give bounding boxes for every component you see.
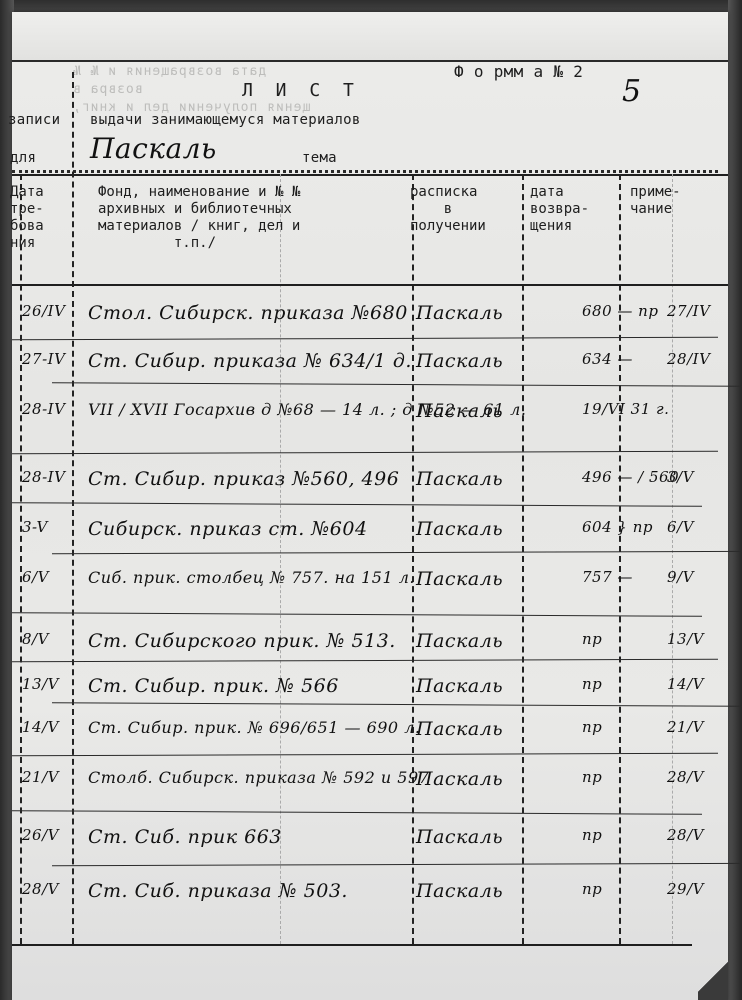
cell-return-date: пр bbox=[582, 675, 602, 693]
cell-item: Ст. Сибир. приказ №560, 496 bbox=[88, 468, 399, 490]
column-header-item: Фонд, наименование и № № архивных и библ… bbox=[98, 184, 300, 252]
topic-label: тема bbox=[302, 150, 337, 166]
for-label: для bbox=[10, 150, 36, 166]
cell-return-date: пр bbox=[582, 630, 602, 648]
cell-item: Столб. Сибирск. приказа № 592 и 597 bbox=[88, 768, 429, 787]
cell-date: 3-V bbox=[22, 518, 48, 536]
bleed-through-text: дата возвращения и № № bbox=[72, 64, 266, 79]
cell-date: 14/V bbox=[22, 718, 59, 736]
row-separator bbox=[52, 863, 742, 866]
cell-note: 21/V bbox=[667, 718, 704, 736]
cell-return-date: 496 — / 560 bbox=[582, 468, 679, 486]
cell-receipt: Паскаль bbox=[416, 768, 503, 790]
cell-item: Ст. Сибир. прик. № 696/651 — 690 л. bbox=[88, 718, 420, 737]
form-number-label: Ф о рмм а № 2 bbox=[454, 62, 583, 81]
cell-receipt: Паскаль bbox=[416, 826, 503, 848]
cell-receipt: Паскаль bbox=[416, 630, 503, 652]
cell-receipt: Паскаль bbox=[416, 468, 503, 490]
cell-item: Ст. Сибир. приказа № 634/1 д. bbox=[88, 350, 412, 372]
cell-note: 28/V bbox=[667, 826, 704, 844]
cell-receipt: Паскаль bbox=[416, 718, 503, 740]
cell-item: Стол. Сибирск. приказа №680 bbox=[88, 302, 408, 324]
cell-note: 9/V bbox=[667, 568, 694, 586]
row-separator bbox=[12, 337, 718, 340]
cell-note: 13/V bbox=[667, 630, 704, 648]
name-dotted-line bbox=[12, 170, 718, 173]
cell-date: 26/V bbox=[22, 826, 59, 844]
cell-return-date: пр bbox=[582, 718, 602, 736]
cell-return-date: 604 } пр bbox=[582, 518, 653, 536]
row-separator bbox=[12, 810, 702, 815]
cell-return-date: пр bbox=[582, 768, 602, 786]
cell-receipt: Паскаль bbox=[416, 675, 503, 697]
cell-date: 13/V bbox=[22, 675, 59, 693]
cell-item: Ст. Сиб. приказа № 503. bbox=[88, 880, 348, 902]
column-divider bbox=[522, 174, 524, 944]
column-divider bbox=[72, 72, 74, 944]
cell-return-date: 634 — bbox=[582, 350, 633, 368]
cell-note: 28/V bbox=[667, 768, 704, 786]
column-header-receipt: расписка в получении bbox=[410, 184, 486, 235]
document-sheet: дата возвращения и № № возвра в щения по… bbox=[12, 12, 728, 1000]
cell-receipt: Паскаль bbox=[416, 518, 503, 540]
cell-note: 3/V bbox=[667, 468, 694, 486]
column-divider bbox=[412, 174, 414, 944]
cell-receipt: Паскаль bbox=[416, 568, 503, 590]
row-separator bbox=[12, 753, 718, 756]
cell-return-date: пр bbox=[582, 880, 602, 898]
cell-note: 6/V bbox=[667, 518, 694, 536]
row-separator bbox=[12, 451, 718, 454]
cell-receipt: Паскаль bbox=[416, 302, 503, 324]
cell-date: 28/V bbox=[22, 880, 59, 898]
cell-return-date: пр bbox=[582, 826, 602, 844]
sheet-top-fold bbox=[12, 12, 728, 62]
table-bottom-rule bbox=[12, 944, 692, 946]
cell-note: 29/V bbox=[667, 880, 704, 898]
cell-item: Ст. Сибирского прик. № 513. bbox=[88, 630, 396, 652]
column-header-return-date: дата возвра- щения bbox=[530, 184, 589, 235]
cell-date: 28-IV bbox=[22, 468, 65, 486]
bleed-through-text: возвра в bbox=[72, 82, 143, 97]
column-divider bbox=[619, 174, 621, 944]
cell-item: Ст. Сиб. прик 663 bbox=[88, 826, 282, 848]
cell-date: 21/V bbox=[22, 768, 59, 786]
row-separator bbox=[52, 382, 742, 387]
cell-item: Сиб. прик. столбец № 757. на 151 л. bbox=[88, 568, 415, 587]
row-separator bbox=[12, 612, 702, 617]
cell-item: Ст. Сибир. прик. № 566 bbox=[88, 675, 339, 697]
cell-note: 28/IV bbox=[667, 350, 710, 368]
table-header-rule bbox=[12, 284, 728, 286]
row-separator bbox=[52, 702, 742, 707]
cell-receipt: Паскаль bbox=[416, 400, 503, 422]
sheet-number-handwritten: 5 bbox=[622, 74, 642, 109]
cell-date: 27-IV bbox=[22, 350, 65, 368]
cell-note: 27/IV bbox=[667, 302, 710, 320]
cell-receipt: Паскаль bbox=[416, 350, 503, 372]
row-separator bbox=[52, 551, 742, 554]
cell-return-date: 19/VI 31 г. bbox=[582, 400, 669, 418]
cell-return-date: 757 — bbox=[582, 568, 633, 586]
reader-name: Паскаль bbox=[90, 132, 217, 165]
scan-background-right bbox=[728, 0, 742, 1000]
cell-receipt: Паскаль bbox=[416, 880, 503, 902]
form-title: Л И С Т bbox=[242, 80, 360, 101]
cell-date: 28-IV bbox=[22, 400, 65, 418]
form-subtitle: выдачи занимающемуся материалов bbox=[90, 112, 361, 128]
column-header-note: приме- чание bbox=[630, 184, 681, 218]
row-separator bbox=[12, 659, 718, 662]
cell-date: 8/V bbox=[22, 630, 49, 648]
cell-return-date: 680 — пр bbox=[582, 302, 658, 320]
row-separator bbox=[12, 502, 702, 507]
cell-note: 14/V bbox=[667, 675, 704, 693]
cell-date: 26/IV bbox=[22, 302, 65, 320]
cell-date: 6/V bbox=[22, 568, 49, 586]
cell-item: Сибирск. приказ ст. №604 bbox=[88, 518, 368, 540]
column-header-date: Дата тре- бова ния bbox=[10, 184, 44, 252]
form-subtitle-prefix: записи bbox=[8, 112, 60, 128]
